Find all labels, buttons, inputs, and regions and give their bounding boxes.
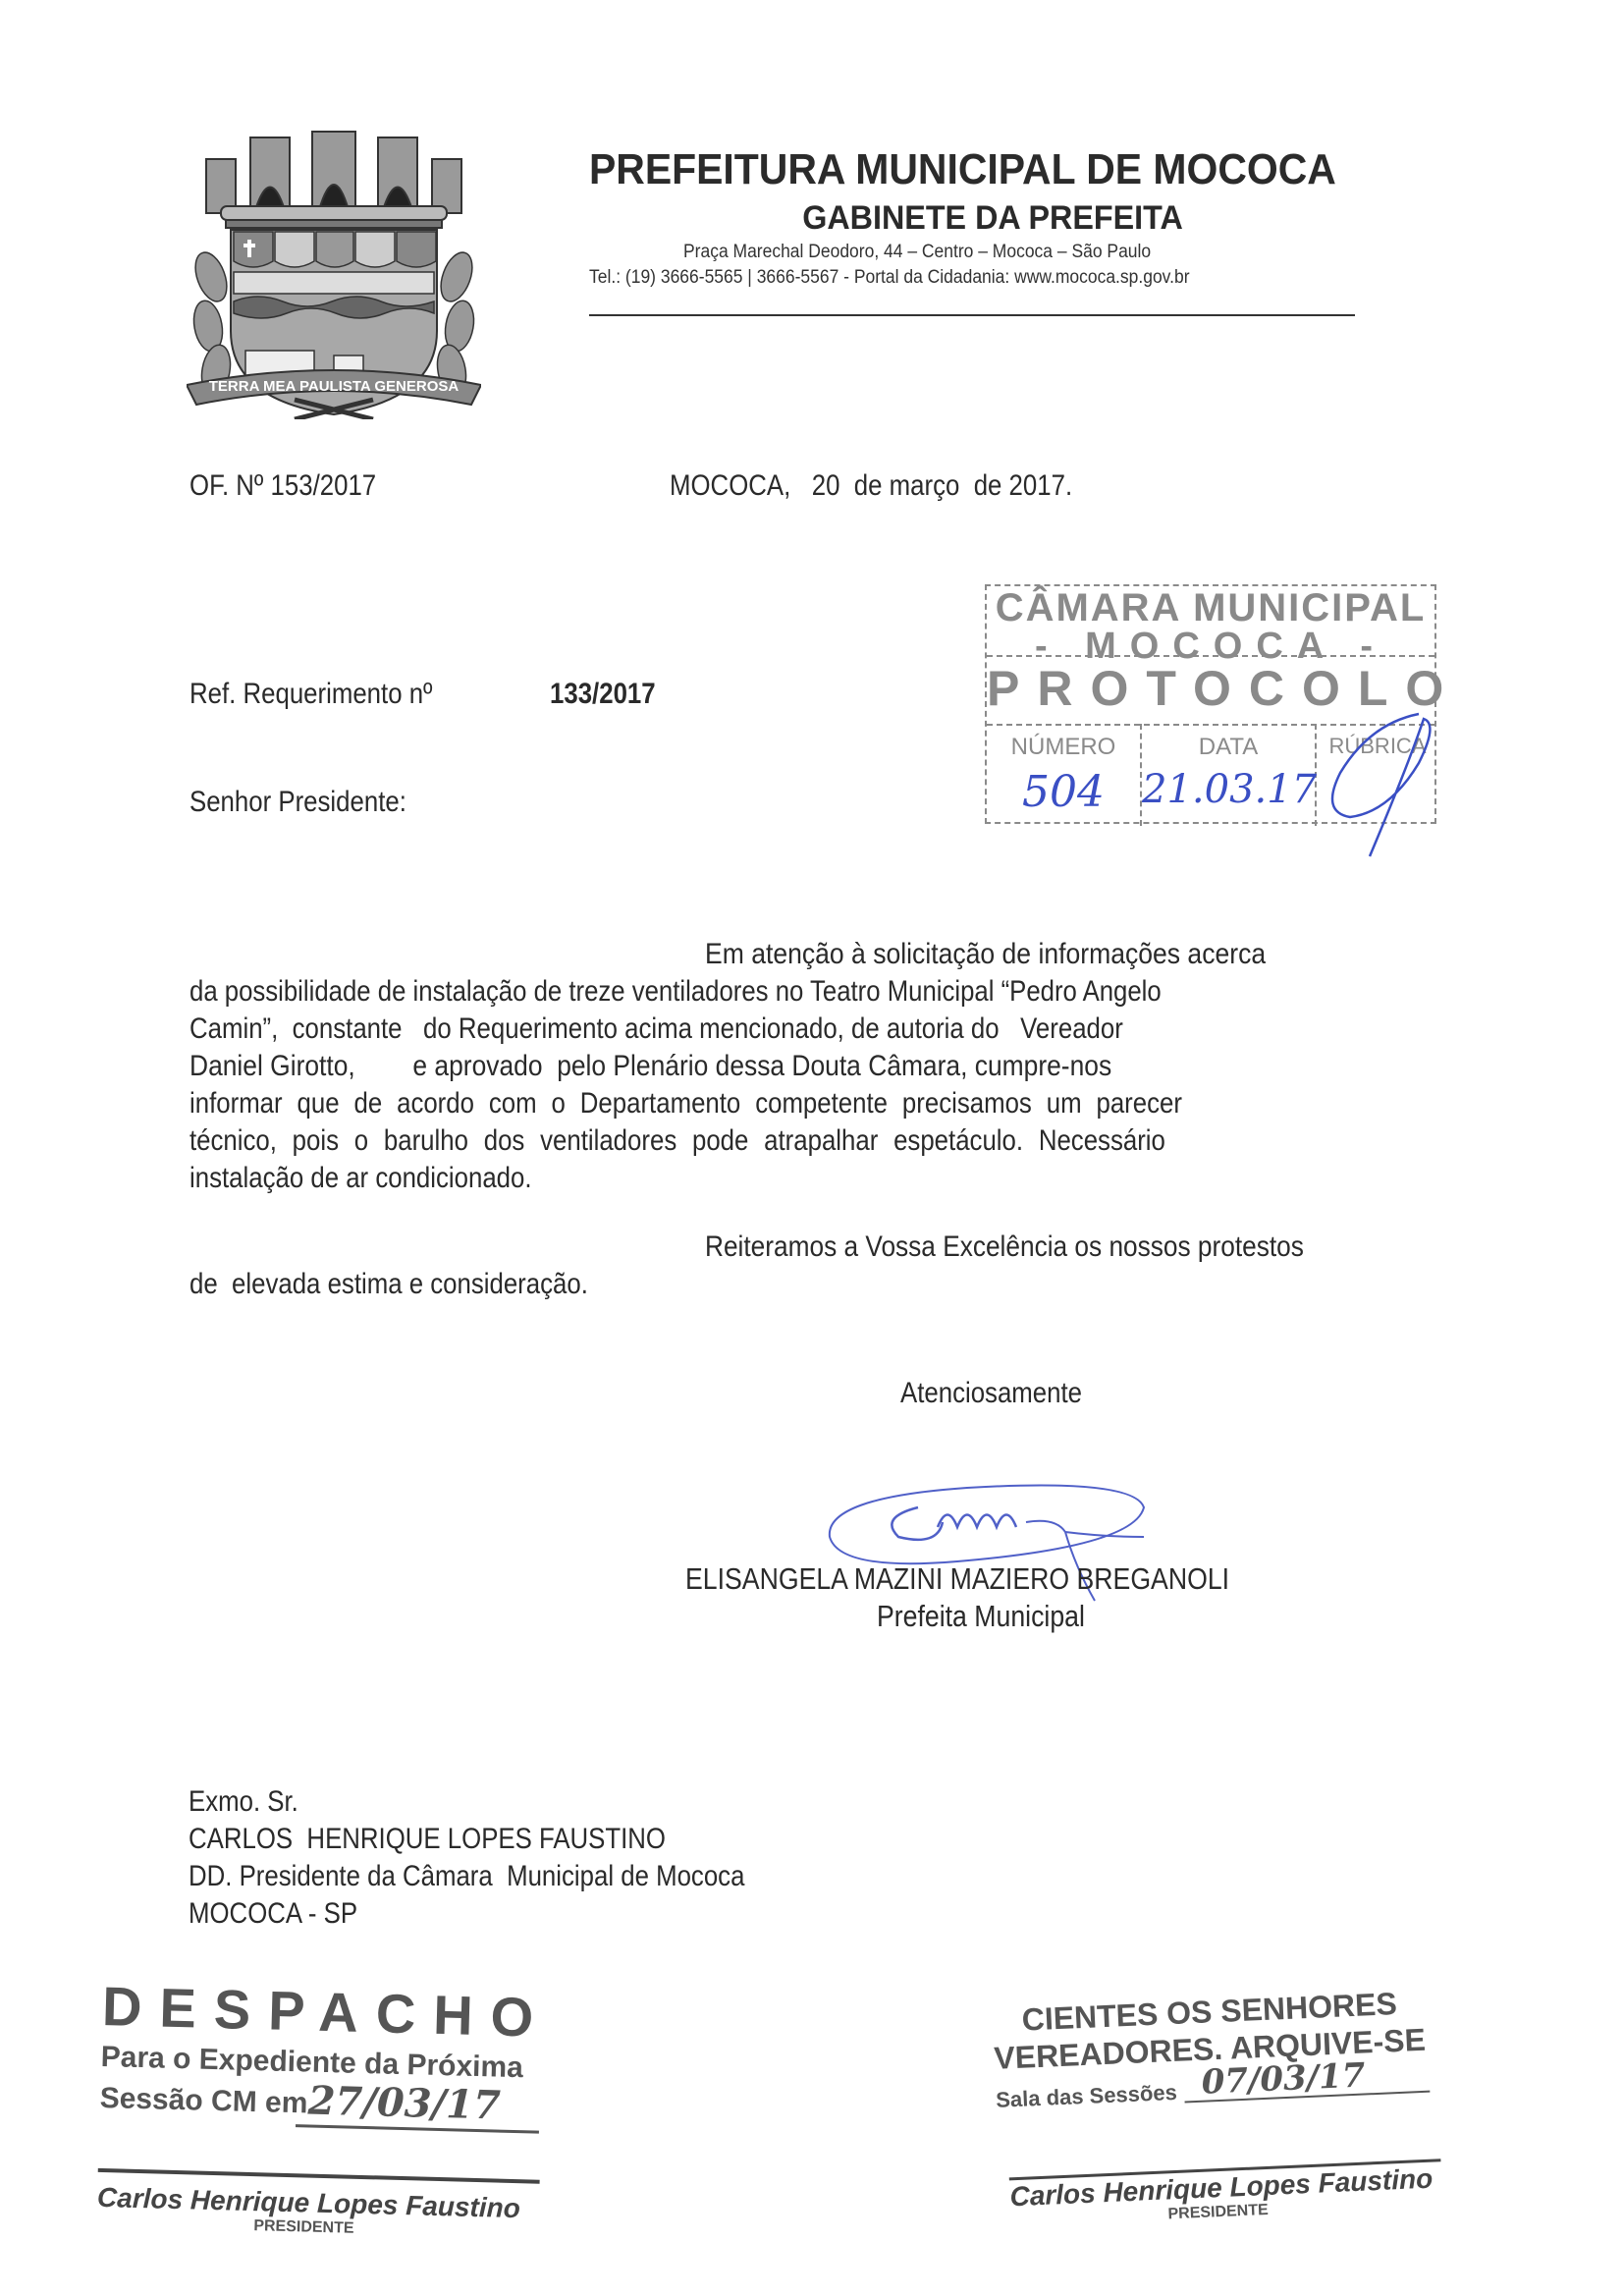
- coat-of-arms-logo: TERRA MEA PAULISTA GENEROSA: [187, 120, 481, 419]
- despacho-handwritten-date: 27/03/17: [307, 2078, 501, 2129]
- paragraph-line: Daniel Girotto, e aprovado pelo Plenário…: [189, 1050, 1111, 1083]
- salutation: Senhor Presidente:: [189, 786, 406, 819]
- despacho-signature-line: [98, 2168, 540, 2184]
- reference-label: Ref. Requerimento nº: [189, 678, 432, 711]
- rubrica-signature-icon: [1311, 704, 1448, 861]
- paragraph-line: Em atenção à solicitação de informações …: [705, 938, 1266, 971]
- paragraph-line: da possibilidade de instalação de treze …: [189, 975, 1162, 1009]
- arquive-line3: Sala das Sessões: [996, 2080, 1178, 2113]
- stamp-cell-numero: NÚMERO 504: [987, 724, 1142, 826]
- recipient-line: DD. Presidente da Câmara Municipal de Mo…: [189, 1860, 744, 1893]
- stamp-data-label: DATA: [1142, 734, 1315, 761]
- signer-name: ELISANGELA MAZINI MAZIERO BREGANOLI: [685, 1561, 1229, 1597]
- despacho-role: PRESIDENTE: [253, 2217, 354, 2238]
- header-contact: Tel.: (19) 3666-5565 | 3666-5567 - Porta…: [589, 267, 1190, 289]
- despacho-title: DESPACHO: [101, 1974, 552, 2050]
- header-divider: [589, 314, 1355, 316]
- institution-title: PREFEITURA MUNICIPAL DE MOCOCA: [589, 145, 1336, 194]
- recipient-name: CARLOS HENRIQUE LOPES FAUSTINO: [189, 1823, 666, 1856]
- stamp-cell-data: DATA 21.03.17: [1142, 724, 1317, 826]
- paragraph-line: instalação de ar condicionado.: [189, 1162, 532, 1195]
- header-address: Praça Marechal Deodoro, 44 – Centro – Mo…: [683, 242, 1151, 263]
- paragraph-line: informar que de acordo com o Departament…: [189, 1087, 1182, 1121]
- despacho-line2: Sessão CM em: [99, 2082, 308, 2121]
- svg-text:TERRA MEA PAULISTA GENEROSA: TERRA MEA PAULISTA GENEROSA: [209, 378, 460, 395]
- arquive-handwritten-date: 07/03/17: [1201, 2055, 1366, 2102]
- arquive-role: PRESIDENTE: [1167, 2202, 1269, 2223]
- paragraph-line: Camin”, constante do Requerimento acima …: [189, 1012, 1123, 1046]
- closing: Atenciosamente: [900, 1377, 1082, 1410]
- recipient-line: MOCOCA - SP: [189, 1897, 357, 1931]
- stamp-line-camara: CÂMARA MUNICIPAL - MOCOCA -: [987, 586, 1434, 657]
- place-date: MOCOCA, 20 de março de 2017.: [670, 469, 1072, 503]
- coat-of-arms-icon: TERRA MEA PAULISTA GENEROSA: [187, 120, 481, 419]
- paragraph-line: de elevada estima e consideração.: [189, 1268, 588, 1301]
- despacho-stamp: DESPACHO Para o Expediente da Próxima Se…: [96, 1974, 555, 2261]
- reference-number: 133/2017: [550, 678, 656, 711]
- department-subtitle: GABINETE DA PREFEITA: [0, 199, 1623, 238]
- signer-title: Prefeita Municipal: [877, 1599, 1085, 1634]
- stamp-data-value: 21.03.17: [1142, 767, 1315, 812]
- recipient-line: Exmo. Sr.: [189, 1785, 298, 1819]
- paragraph-line: técnico, pois o barulho dos ventiladores…: [189, 1124, 1165, 1158]
- stamp-numero-value: 504: [987, 767, 1140, 817]
- protocol-stamp: CÂMARA MUNICIPAL - MOCOCA - PROTOCOLO NÚ…: [985, 584, 1436, 824]
- stamp-numero-label: NÚMERO: [987, 734, 1140, 761]
- stamp-camara-text: CÂMARA MUNICIPAL: [987, 586, 1434, 629]
- arquive-stamp: CIENTES OS SENHORES VEREADORES. ARQUIVE-…: [992, 1983, 1463, 2238]
- office-number: OF. Nº 153/2017: [189, 469, 376, 503]
- paragraph-line: Reiteramos a Vossa Excelência os nossos …: [705, 1230, 1304, 1264]
- department-subtitle-text: GABINETE DA PREFEITA: [803, 199, 1184, 238]
